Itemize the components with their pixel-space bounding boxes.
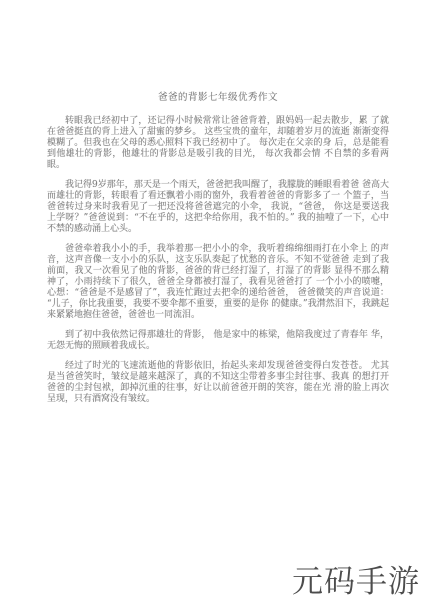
essay-paragraph-5: 经过了时光的飞速流逝他的背影依旧，抬起头来却发现爸爸变得白发苍苍。 尤其是当爸爸… <box>47 361 389 405</box>
scanned-essay-page: 爸爸的背影七年级优秀作文 转眼我已经初中了，还记得小时候常常让爸爸背着，跟妈妈一… <box>0 0 423 600</box>
site-watermark: 元码手游网 <box>292 556 423 600</box>
essay-paragraph-3: 爸爸牵着我小小的手，我举着那一把小小的伞，我听着绵绵细雨打在小伞上 的声音，这声… <box>47 244 389 321</box>
essay-body: 爸爸的背影七年级优秀作文 转眼我已经初中了，还记得小时候常常让爸爸背着，跟妈妈一… <box>47 92 389 414</box>
essay-paragraph-2: 我记得9岁那年，那天是一个雨天，爸爸把我叫醒了，我朦胧的睡眼看着爸 爸高大而雄壮… <box>47 180 389 235</box>
essay-title: 爸爸的背影七年级优秀作文 <box>47 92 389 103</box>
essay-paragraph-4: 到了初中我依然记得那雄壮的背影， 他是家中的栋梁，他陪我度过了青春年 华，无怨无… <box>47 330 389 352</box>
essay-paragraph-1: 转眼我已经初中了，还记得小时候常常让爸爸背着，跟妈妈一起去散步，累 了就在爸爸挺… <box>47 116 389 171</box>
